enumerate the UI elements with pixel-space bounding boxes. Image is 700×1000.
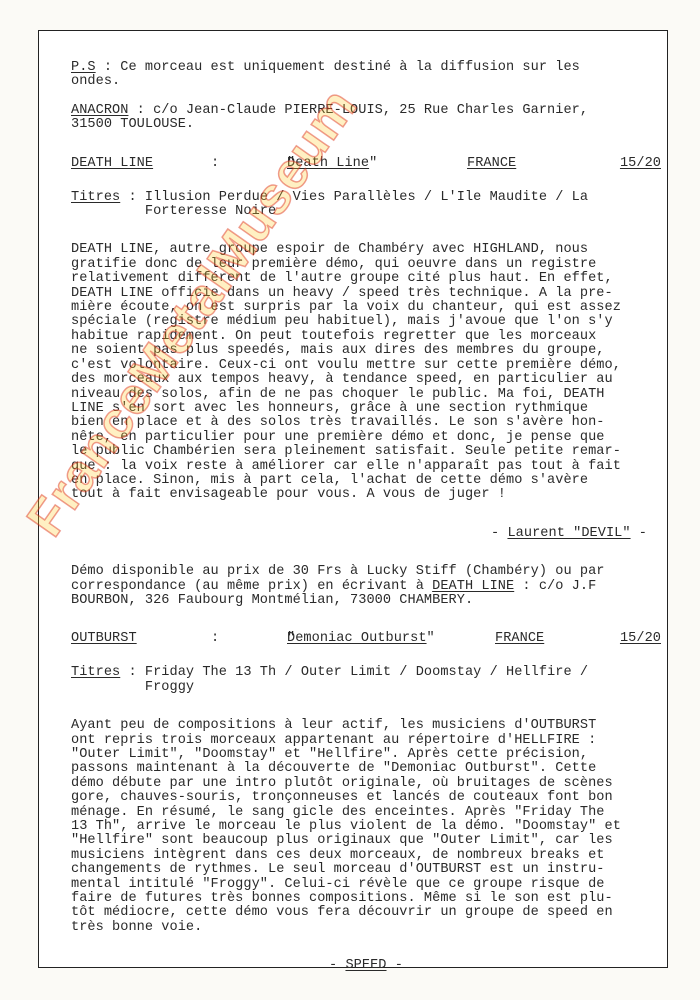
document-page: P.S : Ce morceau est uniquement destiné … bbox=[38, 30, 668, 968]
anacron-text-line1: : c/o Jean-Claude PIERRE-LOUIS, 25 Rue C… bbox=[128, 103, 588, 118]
header-colon: : bbox=[211, 632, 219, 646]
body-line: niveau des solos, afin de ne pas choquer… bbox=[71, 388, 661, 402]
body-line: le public Chambérien sera pleinement sat… bbox=[71, 445, 661, 459]
review-death-line: DEATH LINE : "Death Line" FRANCE 15/20 T… bbox=[71, 157, 661, 609]
track-list: Titres : Friday The 13 Th / Outer Limit … bbox=[71, 666, 661, 695]
anacron-address: ANACRON : c/o Jean-Claude PIERRE-LOUIS, … bbox=[71, 104, 661, 118]
author-name: SPEED bbox=[345, 958, 386, 973]
page-content: P.S : Ce morceau est uniquement destiné … bbox=[71, 61, 661, 974]
album-title: "Death Line" bbox=[287, 157, 369, 171]
band-contact-link: DEATH LINE bbox=[432, 579, 514, 594]
country: FRANCE bbox=[495, 631, 544, 646]
body-line: musiciens intègrent dans ces deux morcea… bbox=[71, 849, 661, 863]
body-line: des morceaux aux tempos heavy, à tendanc… bbox=[71, 373, 661, 387]
body-line: gore, chauves-souris, tronçonneuses et l… bbox=[71, 791, 661, 805]
anacron-label: ANACRON bbox=[71, 103, 128, 118]
body-line: Ayant peu de compositions à leur actif, … bbox=[71, 719, 661, 733]
body-line: ne soient pas plus speedés, mais aux dir… bbox=[71, 344, 661, 358]
body-line: ont repris trois morceaux appartenant au… bbox=[71, 734, 661, 748]
body-line: démo débute par une intro plutôt origina… bbox=[71, 777, 661, 791]
body-line: LINE s'en sort avec les honneurs, grâce … bbox=[71, 402, 661, 416]
track-list-lines: Illusion Perdue / Vies Parallèles / L'Il… bbox=[145, 191, 588, 220]
body-line: que : la voix reste à améliorer car elle… bbox=[71, 460, 661, 474]
ps-text-line1: : Ce morceau est uniquement destiné à la… bbox=[96, 60, 580, 75]
country: FRANCE bbox=[467, 156, 516, 171]
body-line: c'est volontaire. Ceux-ci ont voulu mett… bbox=[71, 359, 661, 373]
titres-label: Titres bbox=[71, 190, 120, 205]
body-line: gratifie donc de leur première démo, qui… bbox=[71, 258, 661, 272]
review-body: DEATH LINE, autre groupe espoir de Chamb… bbox=[71, 243, 661, 502]
body-line: DEATH LINE, autre groupe espoir de Chamb… bbox=[71, 243, 661, 257]
body-line: en place. Sinon, mis à part cela, l'acha… bbox=[71, 474, 661, 488]
body-line: tout à fait envisageable pour vous. A vo… bbox=[71, 488, 661, 502]
ps-label: P.S bbox=[71, 60, 96, 75]
body-line: "Outer Limit", "Doomstay" et "Hellfire".… bbox=[71, 748, 661, 762]
body-line: habitue rapidement. On peut toutefois re… bbox=[71, 330, 661, 344]
score: 15/20 bbox=[620, 631, 661, 646]
body-line: changements de rythmes. Le seul morceau … bbox=[71, 863, 661, 877]
review-body: Ayant peu de compositions à leur actif, … bbox=[71, 719, 661, 935]
track-list-lines: Friday The 13 Th / Outer Limit / Doomsta… bbox=[145, 666, 588, 695]
review-signature: - SPEED - bbox=[71, 959, 661, 973]
review-header: OUTBURST : "Demoniac Outburst" FRANCE 15… bbox=[71, 632, 661, 648]
track-list: Titres : Illusion Perdue / Vies Parallèl… bbox=[71, 191, 661, 220]
body-line: nête, en particulier pour une première d… bbox=[71, 431, 661, 445]
ps-note: P.S : Ce morceau est uniquement destiné … bbox=[71, 61, 661, 75]
body-line: mental intitulé "Froggy". Celui-ci révèl… bbox=[71, 878, 661, 892]
anacron-text-line2: 31500 TOULOUSE. bbox=[71, 118, 661, 132]
review-signature: - Laurent "DEVIL" - bbox=[71, 527, 661, 541]
band-name: DEATH LINE bbox=[71, 156, 153, 171]
body-line: "Hellfire" sont beaucoup plus originaux … bbox=[71, 834, 661, 848]
review-outburst: OUTBURST : "Demoniac Outburst" FRANCE 15… bbox=[71, 632, 661, 973]
body-line: très bonne voie. bbox=[71, 921, 661, 935]
body-line: tôt médiocre, cette démo vous fera décou… bbox=[71, 906, 661, 920]
availability-note: Démo disponible au prix de 30 Frs à Luck… bbox=[71, 565, 661, 608]
body-line: faire de futures très bonnes composition… bbox=[71, 892, 661, 906]
body-line: ménage. En résumé, le sang gicle des enc… bbox=[71, 806, 661, 820]
body-line: 13 Th", arrive le morceau le plus violen… bbox=[71, 820, 661, 834]
score: 15/20 bbox=[620, 156, 661, 171]
header-colon: : bbox=[211, 157, 219, 171]
album-title: "Demoniac Outburst" bbox=[287, 632, 427, 646]
review-header: DEATH LINE : "Death Line" FRANCE 15/20 bbox=[71, 157, 661, 173]
body-line: passons maintenant à la découverte de "D… bbox=[71, 762, 661, 776]
body-line: mière écoute, on est surpris par la voix… bbox=[71, 301, 661, 315]
body-line: spéciale (registre médium peu habituel),… bbox=[71, 315, 661, 329]
body-line: DEATH LINE officie dans un heavy / speed… bbox=[71, 287, 661, 301]
titres-label: Titres bbox=[71, 665, 120, 680]
ps-text-line2: ondes. bbox=[71, 75, 661, 89]
author-name: Laurent "DEVIL" bbox=[507, 526, 630, 541]
band-name: OUTBURST bbox=[71, 631, 137, 646]
body-line: bien en place et à des solos très travai… bbox=[71, 416, 661, 430]
body-line: relativement différent de l'autre groupe… bbox=[71, 272, 661, 286]
